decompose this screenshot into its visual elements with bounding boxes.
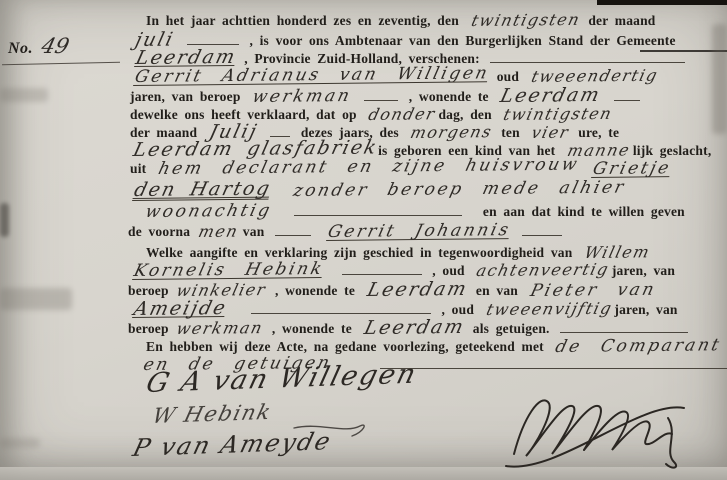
handwritten-mother-surname: den Hartog <box>132 182 273 201</box>
act-number-underline <box>2 62 120 65</box>
handwritten-witness2-residence: Leerdam <box>363 320 466 335</box>
printed-van: van <box>243 223 265 240</box>
printed-wonende-te: , wonende te <box>409 88 489 105</box>
handwritten-witness1-residence: Leerdam <box>366 282 469 297</box>
handwritten-witness2-occupation: werkman <box>175 321 265 336</box>
printed-ten: ten <box>501 124 520 141</box>
handwritten-day-ordinal: twintigsten <box>470 13 582 28</box>
handwritten-declarant-residence: Leerdam <box>499 88 602 103</box>
handwritten-child-names: Gerrit Johannis <box>326 223 512 241</box>
printed-als-getuigen: als getuigen. <box>473 320 550 337</box>
handwritten-mother-firstname: Grietje <box>591 161 673 178</box>
fill-rule <box>522 232 562 236</box>
handwritten-date-ordinal: twintigsten <box>502 107 614 122</box>
printed-en-van: en van <box>476 282 518 299</box>
printed-official-intro: , is voor ons Ambtenaar van den Burgerli… <box>249 32 675 49</box>
line-witness2-occupation: beroep werkman , wonende te Leerdam als … <box>128 320 692 337</box>
printed-beroep-2: beroep <box>128 320 169 337</box>
scan-artifact-left-ghost-text <box>0 288 72 310</box>
printed-wonende-te-3: , wonende te <box>272 320 352 337</box>
printed-kind-te-willen-geven: en aan dat kind te willen geven <box>483 203 685 220</box>
birth-certificate-scan: No. 49 In het jaar achttien honderd zes … <box>0 0 727 480</box>
printed-jaren-van-2: jaren, van <box>614 301 677 318</box>
line-mother-intro: uit hem declarant en zijne huisvrouw Gri… <box>130 160 672 177</box>
line-declarant-name: Gerrit Adrianus van Willigen oud tweeend… <box>129 68 660 85</box>
scan-artifact-top-right-bar <box>597 0 727 5</box>
line-closing: En hebben wij deze Acte, na gedane voorl… <box>146 338 723 355</box>
printed-jaren-beroep: jaren, van beroep <box>130 88 241 105</box>
scan-artifact-left-ghost-top <box>0 88 48 102</box>
printed-oud-2: , oud <box>432 262 465 279</box>
official-signature-flourish <box>500 382 690 470</box>
line-declarant-occupation: jaren, van beroep werkman , wonende te L… <box>130 88 644 105</box>
signature-witness-2: P van Ameyde <box>130 427 335 462</box>
handwritten-witness1-occupation: winkelier <box>175 283 268 298</box>
handwritten-mother-status: zonder beroep mede alhier <box>292 181 627 198</box>
scan-artifact-right-ghost-text <box>712 24 727 134</box>
printed-closing: En hebben wij deze Acte, na gedane voorl… <box>146 338 544 355</box>
scan-artifact-left-smudge <box>0 203 9 237</box>
scan-artifact-left-ghost-bottom <box>0 438 40 448</box>
handwritten-birthplace: Leerdam glasfabriek <box>132 140 379 157</box>
line-child-names: de voorna men van Gerrit Johannis <box>128 223 566 240</box>
line-year-date: In het jaar achttien honderd zes en zeve… <box>146 12 656 29</box>
handwritten-witness2-age: tweeenvijftig <box>485 302 614 317</box>
printed-dag-den: dag, den <box>438 106 491 123</box>
handwritten-witness2-firstname: Pieter van <box>529 283 658 298</box>
handwritten-witness1-firstname: Willem <box>583 245 652 260</box>
fill-rule <box>560 329 688 333</box>
fill-rule <box>342 271 422 275</box>
handwritten-month: juli <box>134 33 176 47</box>
fill-rule <box>187 41 239 45</box>
fill-rule <box>251 310 431 314</box>
fill-rule <box>380 365 727 369</box>
printed-jaren-van: jaren, van <box>612 262 675 279</box>
printed-de-voorna: de voorna <box>128 223 190 240</box>
handwritten-weekday: donder <box>367 107 437 122</box>
fill-rule <box>270 133 290 137</box>
handwritten-municipality: Leerdam <box>134 50 238 67</box>
act-number-value: 49 <box>39 34 72 58</box>
fill-rule <box>275 232 311 236</box>
handwritten-declarant-occupation: werkman <box>251 89 353 104</box>
line-witnesses-intro: Welke aangifte en verklaring zijn geschi… <box>146 244 652 261</box>
handwritten-witness1-name: Kornelis Hebink <box>132 262 325 280</box>
printed-welke-aangifte: Welke aangifte en verklaring zijn geschi… <box>146 244 572 261</box>
line-woonachtig: woonachtig en aan dat kind te willen gev… <box>140 203 685 220</box>
fill-rule <box>614 97 640 101</box>
handwritten-de-comparant: de Comparant <box>554 338 723 354</box>
line-mother-surname: den Hartog zonder beroep mede alhier <box>128 182 627 200</box>
printed-year-intro: In het jaar achttien honderd zes en zeve… <box>146 12 459 29</box>
fill-rule <box>364 97 398 101</box>
printed-der-maand: der maand <box>588 12 655 29</box>
fill-rule <box>490 59 685 63</box>
handwritten-woonachtig: woonachtig <box>144 204 273 219</box>
line-witness2-surname: Ameijde , oud tweeenvijftig jaren, van <box>128 301 678 318</box>
printed-uit: uit <box>130 160 146 177</box>
printed-oud: oud <box>497 68 519 85</box>
handwritten-declarant-age: tweeendertig <box>530 69 660 84</box>
handwritten-mother-intro: hem declarant en zijne huisvrouw <box>157 158 581 176</box>
line-witness1-name: Kornelis Hebink , oud achtenveertig jare… <box>128 262 675 279</box>
printed-beroep-1: beroep <box>128 282 169 299</box>
printed-ure-te: ure, te <box>578 124 619 141</box>
signature-witness-1: W Hebink <box>150 400 275 428</box>
handwritten-witness1-age: achtenveertig <box>475 263 611 278</box>
handwritten-voornamen-infix: men <box>197 225 240 239</box>
handwritten-witness2-surname: Ameijde <box>132 301 228 318</box>
printed-wonende-te-2: , wonende te <box>275 282 355 299</box>
handwritten-hour: vier <box>530 126 571 140</box>
act-number-label: No. <box>8 40 33 58</box>
fill-rule <box>294 212 462 216</box>
printed-lijk-geslacht: lijk geslacht, <box>633 142 712 159</box>
handwritten-declarant-name: Gerrit Adrianus van Willigen <box>133 66 491 86</box>
line-declaration-day: dewelke ons heeft verklaard, dat op dond… <box>130 106 615 123</box>
handwritten-time-of-day: morgens <box>409 125 494 140</box>
